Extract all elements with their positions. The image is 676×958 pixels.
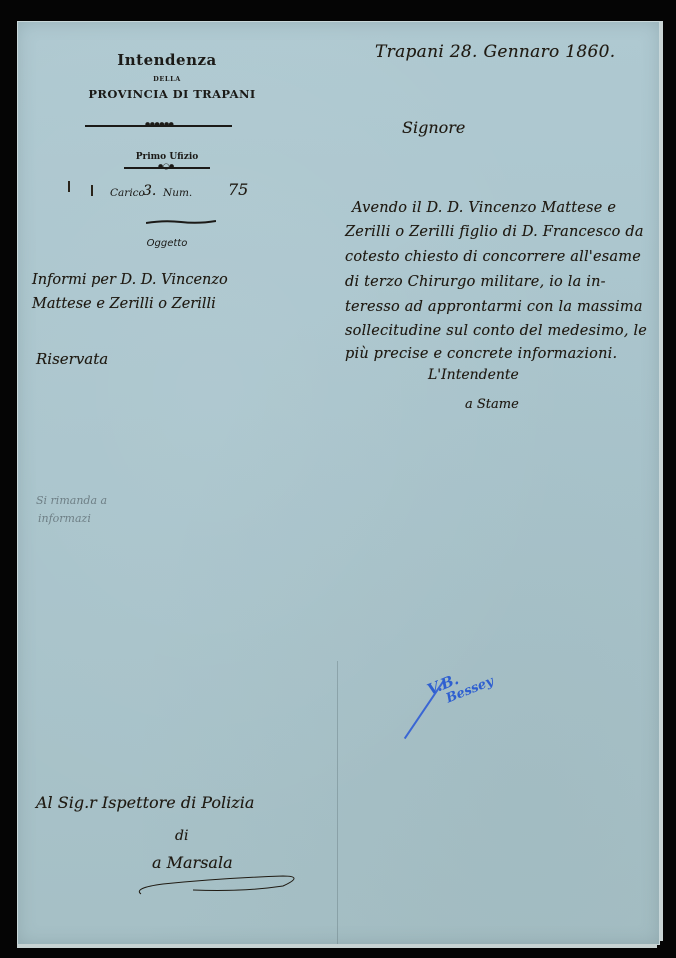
subject-line-1: Informi per D. D. Vincenzo bbox=[32, 272, 228, 288]
pencil-note-line-1: Si rimanda a bbox=[36, 494, 107, 507]
paper-edge-bottom bbox=[17, 944, 657, 948]
letterhead-province: PROVINCIA DI TRAPANI bbox=[72, 87, 272, 101]
letterhead-della: DELLA bbox=[92, 75, 242, 83]
address-line-1: Al Sig.r Ispettore di Polizia bbox=[36, 793, 254, 812]
body-line-3: cotesto chiesto di concorrere all'esame bbox=[345, 249, 641, 265]
body-line-1: Avendo il D. D. Vincenzo Mattese e bbox=[352, 200, 616, 216]
num-label: Num. bbox=[163, 187, 203, 199]
margin-tick bbox=[91, 185, 93, 196]
body-line-4: di terzo Chirurgo militare, io la in- bbox=[345, 274, 606, 290]
body-line-5: teresso ad approntarmi con la massima bbox=[345, 299, 643, 315]
body-line-2: Zerilli o Zerilli figlio di D. Francesco… bbox=[345, 224, 644, 240]
fold-line bbox=[337, 661, 338, 945]
oggetto-label: Oggetto bbox=[92, 238, 242, 249]
letterhead-title: Intendenza bbox=[92, 51, 242, 69]
letterhead-office: Primo Ufizio bbox=[92, 152, 242, 162]
carico-value: 3. bbox=[143, 183, 156, 199]
ornament-swash bbox=[146, 219, 216, 225]
ornament-dots-top: ●●●●●● bbox=[145, 121, 173, 128]
num-value: 75 bbox=[228, 180, 248, 199]
body-line-7: più precise e concrete informazioni. bbox=[345, 346, 617, 362]
paper-edge-right bbox=[660, 21, 663, 941]
margin-tick bbox=[68, 181, 70, 192]
place-date: Trapani 28. Gennaro 1860. bbox=[375, 42, 615, 62]
riservata-marking: Riservata bbox=[36, 350, 108, 368]
body-line-6: sollecitudine sul conto del medesimo, le bbox=[345, 323, 647, 339]
salutation: Signore bbox=[402, 118, 465, 137]
signature-name: a Stame bbox=[465, 397, 519, 412]
address-flourish bbox=[133, 870, 303, 900]
address-line-2: di bbox=[175, 828, 188, 844]
subject-line-2: Mattese e Zerilli o Zerilli bbox=[32, 296, 216, 312]
ornament-dots-middle: ●◯● bbox=[158, 163, 174, 170]
signature-title: L'Intendente bbox=[428, 367, 519, 383]
pencil-note-line-2: informazi bbox=[38, 512, 91, 525]
